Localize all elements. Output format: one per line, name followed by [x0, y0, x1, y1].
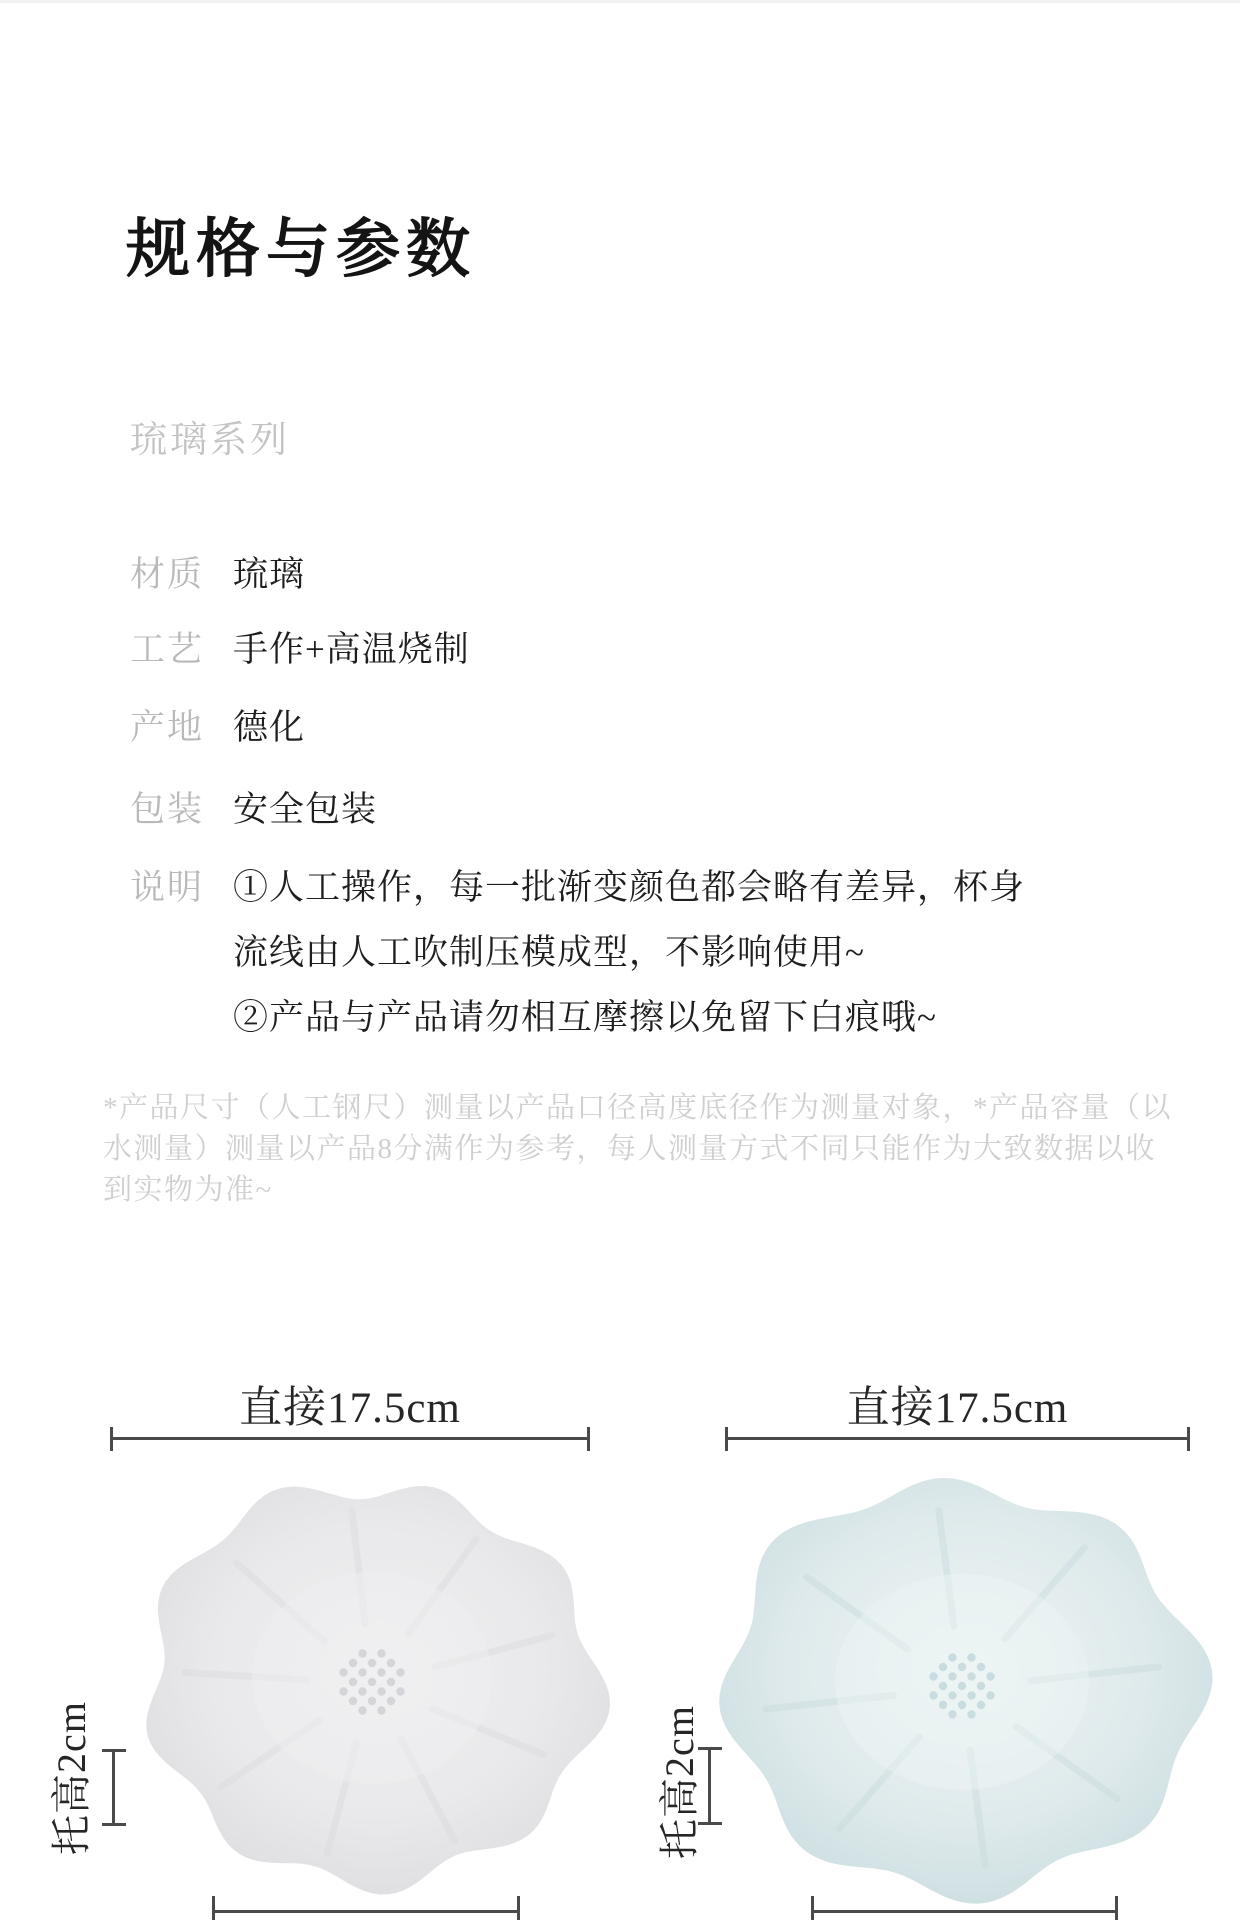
height-dimension-label: 托高2cm: [48, 1668, 96, 1888]
spec-value: 手作+高温烧制: [233, 630, 470, 669]
notes-block: ①人工操作，每一批渐变颜色都会略有差异，杯身 流线由人工吹制压模成型，不影响使用…: [233, 855, 1025, 1050]
spec-row-material: 材质琉璃: [130, 541, 305, 609]
dimension-tick: [811, 1896, 814, 1920]
diameter-dimension-label: 直接17.5cm: [725, 1384, 1190, 1434]
dimension-tick: [1187, 1427, 1190, 1451]
note-line: ②产品与产品请勿相互摩擦以免留下白痕哦~: [233, 985, 1025, 1050]
footnote-line: 水测量）测量以产品8分满作为参考，每人测量方式不同只能作为大致数据以收: [103, 1129, 1172, 1170]
dimension-tick: [725, 1427, 728, 1451]
height-dimension-label: 托高2cm: [656, 1672, 704, 1892]
base-dimension-line: [212, 1910, 520, 1913]
blue-plate-image: [719, 1478, 1212, 1904]
diameter-dimension-line: [110, 1437, 590, 1440]
spec-label: 工艺: [130, 616, 233, 684]
spec-value: 德化: [233, 708, 305, 747]
dimension-tick: [1115, 1896, 1118, 1920]
dimension-tick: [110, 1427, 113, 1451]
height-dimension-line: [708, 1748, 711, 1824]
spec-label: 说明: [130, 855, 233, 920]
page-title: 规格与参数: [126, 208, 476, 292]
footnote-line: *产品尺寸（人工钢尺）测量以产品口径高度底径作为测量对象，*产品容量（以: [103, 1088, 1172, 1129]
series-subtitle: 琉璃系列: [130, 418, 290, 464]
spec-label: 材质: [130, 541, 233, 609]
note-line: ①人工操作，每一批渐变颜色都会略有差异，杯身: [233, 855, 1025, 920]
measurement-footnote: *产品尺寸（人工钢尺）测量以产品口径高度底径作为测量对象，*产品容量（以 水测量…: [103, 1088, 1172, 1211]
dimension-tick: [102, 1749, 126, 1752]
diameter-dimension-label: 直接17.5cm: [110, 1384, 590, 1434]
footnote-line: 到实物为准~: [103, 1170, 1172, 1211]
spec-label: 包装: [130, 776, 233, 844]
dimension-tick: [698, 1822, 722, 1825]
diameter-dimension-line: [725, 1437, 1190, 1440]
base-dimension-line: [811, 1910, 1118, 1913]
dimension-tick: [517, 1896, 520, 1920]
note-line: 流线由人工吹制压模成型，不影响使用~: [233, 920, 1025, 985]
dimension-tick: [102, 1823, 126, 1826]
spec-value: 琉璃: [233, 555, 305, 594]
height-dimension-line: [112, 1750, 115, 1825]
spec-row-craft: 工艺手作+高温烧制: [130, 616, 470, 684]
spec-row-notes: 说明: [130, 855, 233, 920]
spec-page: 规格与参数 琉璃系列 材质琉璃 工艺手作+高温烧制 产地德化 包装安全包装 说明…: [0, 0, 1240, 1920]
spec-row-origin: 产地德化: [130, 694, 305, 762]
dimension-tick: [698, 1747, 722, 1750]
white-plate-image: [146, 1486, 610, 1895]
dimension-tick: [587, 1427, 590, 1451]
spec-row-packaging: 包装安全包装: [130, 776, 377, 844]
dimension-tick: [212, 1896, 215, 1920]
spec-value: 安全包装: [233, 790, 377, 829]
spec-label: 产地: [130, 694, 233, 762]
